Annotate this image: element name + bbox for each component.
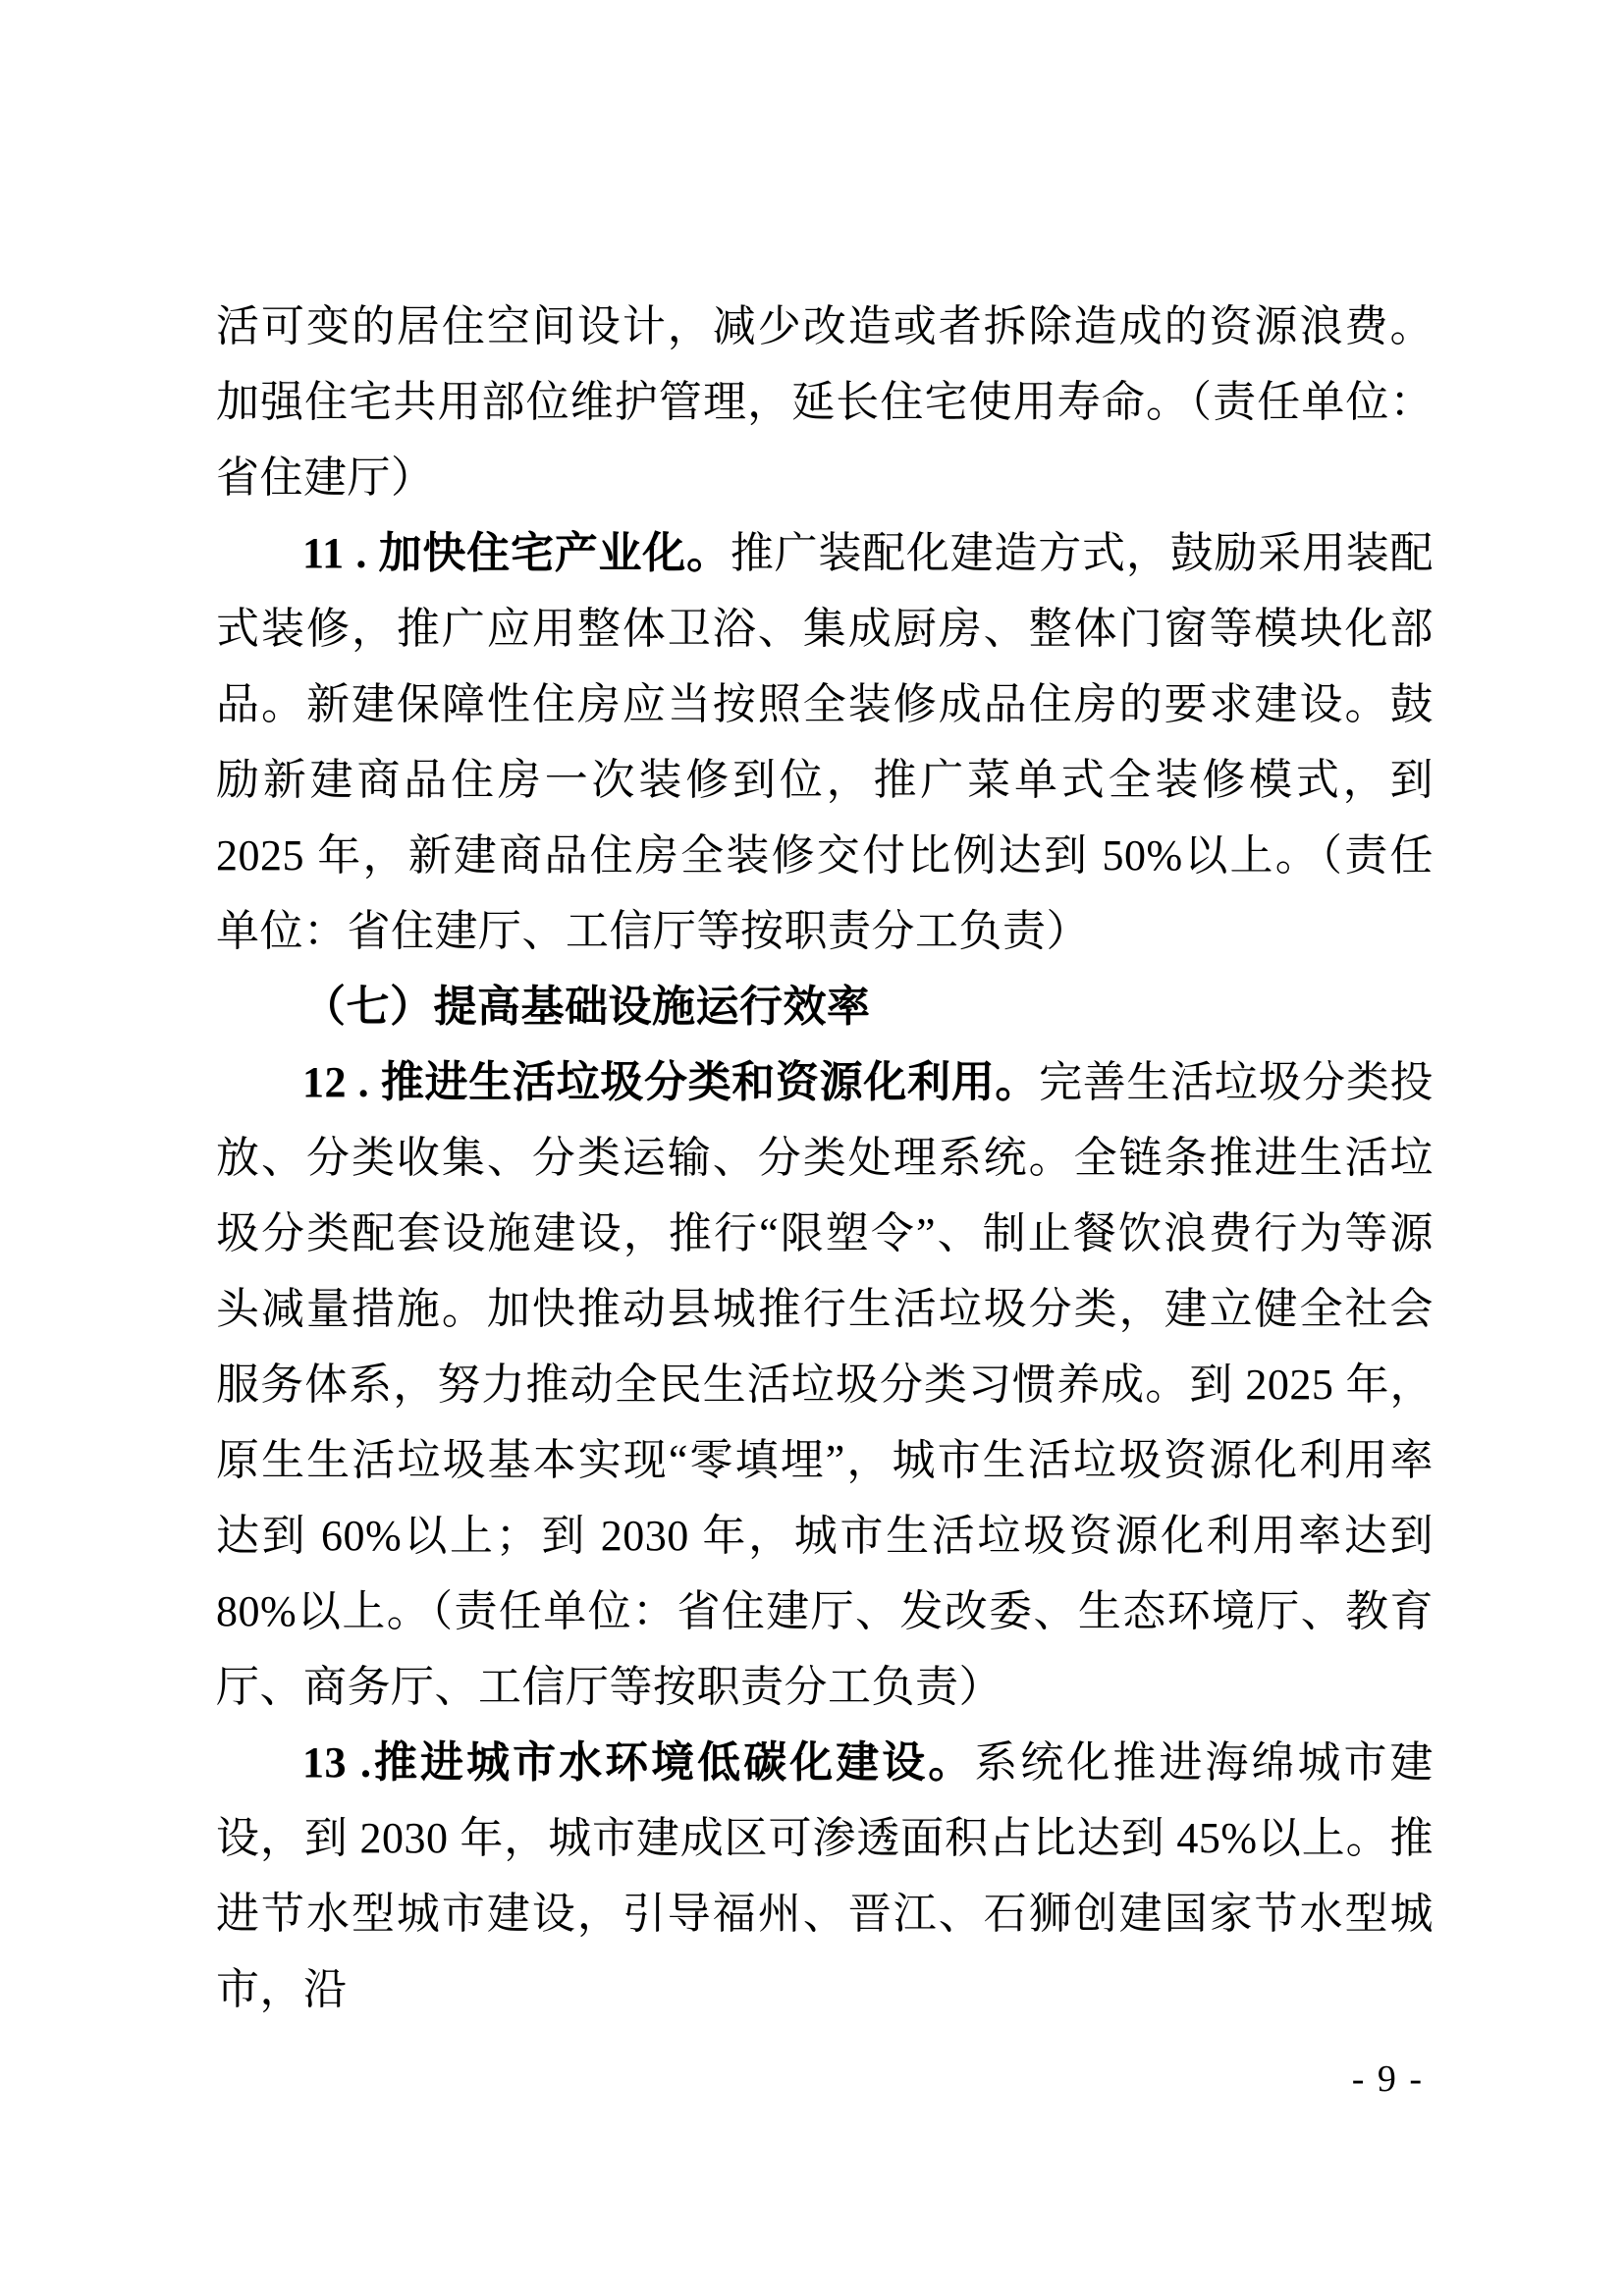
paragraph-lead: 12 . 推进生活垃圾分类和资源化利用。 xyxy=(302,1058,1039,1106)
paragraph-text: 活可变的居住空间设计，减少改造或者拆除造成的资源浪费。加强住宅共用部位维护管理，… xyxy=(216,302,1434,502)
paragraph-item-13: 13 .推进城市水环境低碳化建设。系统化推进海绵城市建设，到 2030 年，城市… xyxy=(216,1725,1434,2027)
paragraph-text: 完善生活垃圾分类投放、分类收集、分类运输、分类处理系统。全链条推进生活垃圾分类配… xyxy=(216,1058,1434,1711)
paragraph-text: 推广装配化建造方式，鼓励采用装配式装修，推广应用整体卫浴、集成厨房、整体门窗等模… xyxy=(216,529,1434,955)
paragraph-lead: 11 . 加快住宅产业化。 xyxy=(302,529,731,577)
section-heading-seven: （七）提高基础设施运行效率 xyxy=(216,969,1434,1044)
section-heading-text: （七）提高基础设施运行效率 xyxy=(302,983,871,1031)
paragraph-continuation: 活可变的居住空间设计，减少改造或者拆除造成的资源浪费。加强住宅共用部位维护管理，… xyxy=(216,289,1434,515)
paragraph-lead: 13 .推进城市水环境低碳化建设。 xyxy=(302,1738,974,1787)
paragraph-item-11: 11 . 加快住宅产业化。推广装配化建造方式，鼓励采用装配式装修，推广应用整体卫… xyxy=(216,515,1434,969)
document-body: 活可变的居住空间设计，减少改造或者拆除造成的资源浪费。加强住宅共用部位维护管理，… xyxy=(216,289,1434,2027)
page-number: - 9 - xyxy=(1352,2057,1424,2101)
paragraph-item-12: 12 . 推进生活垃圾分类和资源化利用。完善生活垃圾分类投放、分类收集、分类运输… xyxy=(216,1044,1434,1725)
